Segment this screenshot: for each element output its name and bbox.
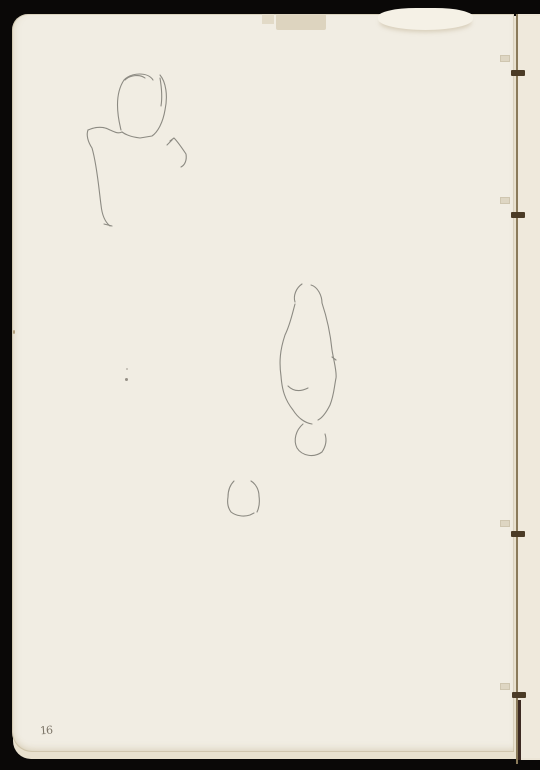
graphite-smudge	[126, 368, 128, 370]
binding-shadow	[518, 700, 521, 760]
page-tab-mark	[500, 197, 510, 204]
paper-tape-mark	[276, 14, 326, 30]
page-tab-mark	[500, 55, 510, 62]
binding-clip-icon	[512, 692, 526, 698]
page-tab-mark	[500, 520, 510, 527]
sketchbook-page	[12, 14, 514, 752]
binding-clip-icon	[511, 70, 525, 76]
graphite-smudge	[125, 378, 128, 381]
binding-gutter	[516, 14, 518, 764]
page-edge-stain	[13, 330, 15, 334]
paper-tear	[262, 14, 274, 24]
page-tab-mark	[500, 683, 510, 690]
page-number: 16	[40, 724, 53, 738]
binding-clip-icon	[511, 212, 525, 218]
scan-stage: 16	[0, 0, 540, 770]
binding-clip-icon	[511, 531, 525, 537]
paper-tear	[378, 8, 473, 30]
